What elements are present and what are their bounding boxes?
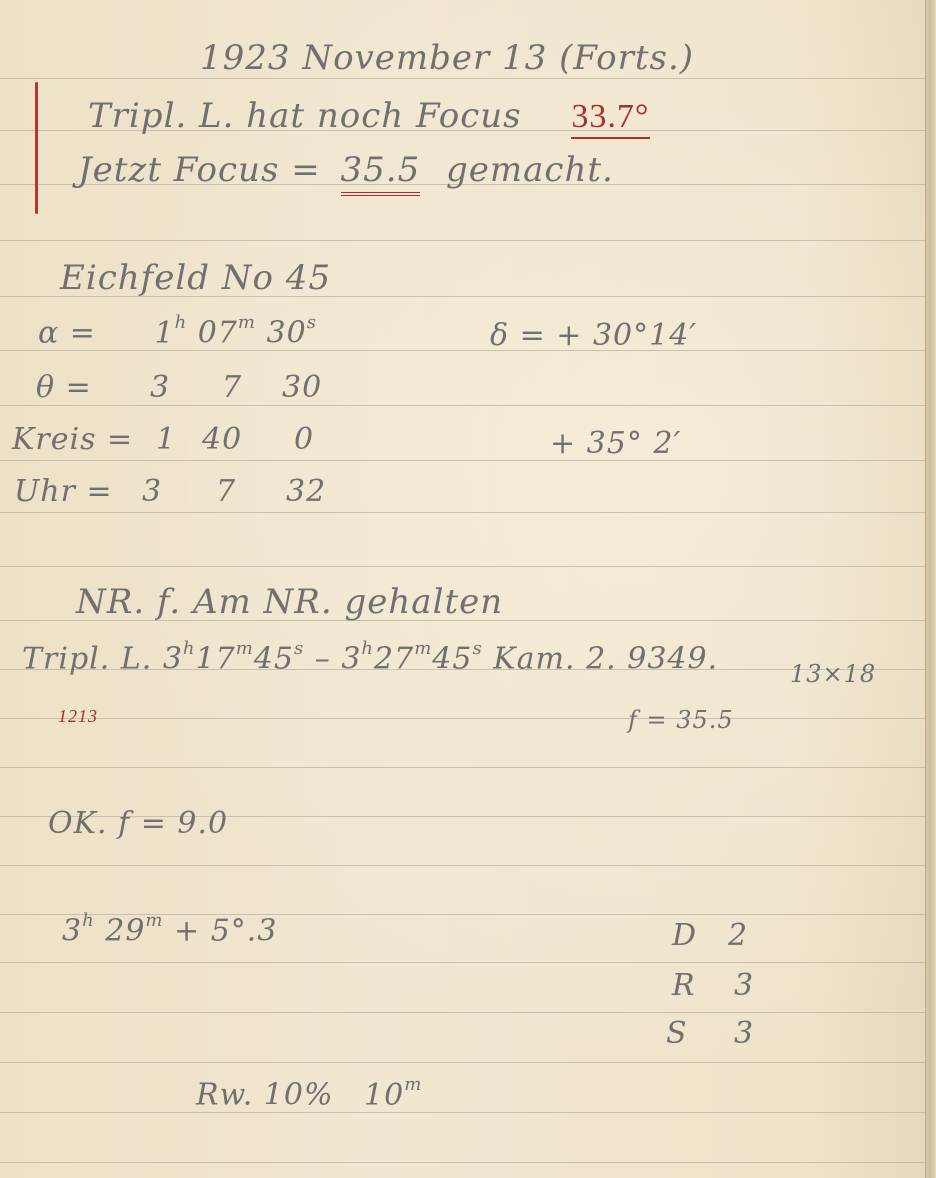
- ruled-line: [0, 1062, 928, 1063]
- condition-value: 3: [734, 1016, 754, 1051]
- condition-row: R 3: [672, 968, 696, 1003]
- alpha-label: α =: [38, 316, 96, 351]
- alpha-seconds: 30: [267, 316, 307, 351]
- exposure-focus: f = 35.5: [628, 706, 734, 734]
- focus-note-line-1: Tripl. L. hat noch Focus 33.7°: [88, 96, 650, 136]
- focus-note-text: Tripl. L. hat noch Focus: [88, 96, 522, 136]
- ruled-line: [0, 767, 928, 768]
- uhr-m: 7: [216, 474, 236, 509]
- theta-h: 3: [150, 370, 170, 405]
- plate-number: 9349.: [627, 642, 718, 677]
- exposure-instrument: Tripl. L.: [22, 642, 152, 677]
- focus-set-prefix: Jetzt Focus =: [78, 150, 321, 190]
- ruled-line: [0, 962, 928, 963]
- kreis-declination: + 35° 2′: [550, 426, 681, 461]
- camera: Kam. 2.: [493, 642, 616, 677]
- red-margin-mark: [35, 82, 38, 214]
- focus-set-suffix: gemacht.: [446, 150, 614, 190]
- red-reference-number: 1213: [58, 706, 98, 727]
- condition-value: 3: [734, 968, 754, 1003]
- footer-note: Rw. 10% 10m: [196, 1074, 422, 1113]
- end-h: 3: [341, 642, 361, 677]
- tt-temperature: + 5°.3: [174, 914, 277, 949]
- focus-note-line-2: Jetzt Focus = 35.5 gemacht.: [78, 150, 614, 190]
- kreis-h: 1: [156, 422, 176, 457]
- alpha-minutes: 07: [198, 316, 238, 351]
- ruled-line: [0, 405, 928, 406]
- field-title: Eichfeld No 45: [60, 258, 331, 298]
- ruled-line: [0, 1012, 928, 1013]
- footer-value: 10: [364, 1078, 404, 1113]
- delta-value: δ = + 30°14′: [490, 318, 697, 353]
- notebook-page: 1923 November 13 (Forts.) Tripl. L. hat …: [0, 0, 936, 1178]
- ruled-line: [0, 460, 928, 461]
- ruled-line: [0, 78, 928, 79]
- alpha-hours: 1: [154, 316, 174, 351]
- condition-row: S 3: [666, 1016, 688, 1051]
- condition-label: D: [672, 918, 697, 953]
- start-s: 45: [254, 642, 294, 677]
- uhr-label: Uhr =: [14, 474, 113, 509]
- page-binding-edge: [925, 0, 936, 1178]
- footer-unit: m: [404, 1074, 422, 1095]
- ruled-line: [0, 240, 928, 241]
- exposure-heading: NR. f. Am NR. gehalten: [76, 582, 503, 622]
- tt-hours: 3: [62, 914, 82, 949]
- time-temp-entry: 3h 29m + 5°.3: [62, 910, 277, 949]
- plate-size: 13×18: [790, 660, 876, 688]
- date-heading: 1923 November 13 (Forts.): [200, 38, 694, 78]
- time-dash: –: [315, 642, 331, 677]
- ruled-line: [0, 512, 928, 513]
- condition-row: D 2: [672, 918, 697, 953]
- ruled-line: [0, 1112, 928, 1113]
- uhr-row: Uhr = 3 7 32: [14, 474, 113, 509]
- theta-s: 30: [282, 370, 322, 405]
- end-s: 45: [432, 642, 472, 677]
- ocular-focus: OK. f = 9.0: [48, 806, 228, 841]
- uhr-h: 3: [142, 474, 162, 509]
- condition-label: S: [666, 1016, 688, 1051]
- condition-value: 2: [728, 918, 748, 953]
- start-h: 3: [163, 642, 183, 677]
- condition-label: R: [672, 968, 696, 1003]
- footer-prefix: Rw. 10%: [196, 1078, 333, 1113]
- kreis-label: Kreis =: [12, 422, 133, 457]
- uhr-s: 32: [286, 474, 326, 509]
- theta-row: θ = 3 7 30: [36, 370, 92, 405]
- end-m: 27: [374, 642, 414, 677]
- ruled-line: [0, 566, 928, 567]
- kreis-s: 0: [294, 422, 314, 457]
- alpha-row: α = 1h 07m 30s: [38, 312, 317, 351]
- ruled-line: [0, 865, 928, 866]
- theta-label: θ =: [36, 370, 92, 405]
- tt-minutes: 29: [105, 914, 145, 949]
- new-focus-value: 35.5: [341, 150, 421, 196]
- old-focus-value: 33.7°: [571, 98, 649, 139]
- ruled-line: [0, 1162, 928, 1163]
- start-m: 17: [196, 642, 236, 677]
- theta-m: 7: [222, 370, 242, 405]
- kreis-m: 40: [202, 422, 242, 457]
- kreis-row: Kreis = 1 40 0: [12, 422, 133, 457]
- ruled-line: [0, 718, 928, 719]
- exposure-line: Tripl. L. 3h17m45s – 3h27m45s Kam. 2. 93…: [22, 638, 718, 677]
